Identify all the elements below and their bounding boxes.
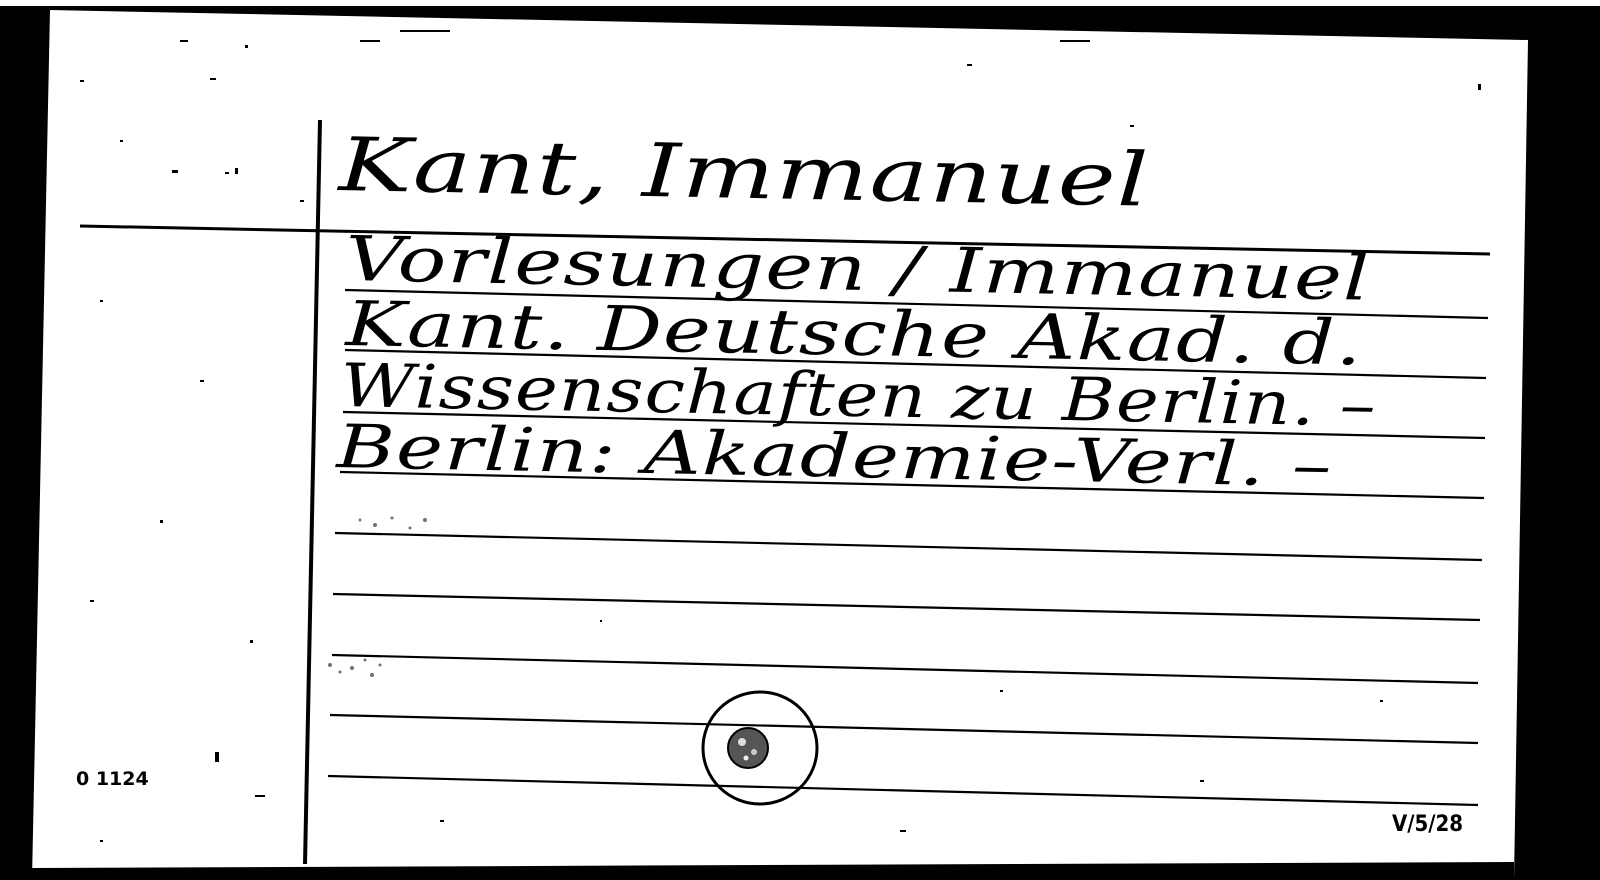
form-code: V/5/28 xyxy=(1392,812,1463,837)
card-heading: Kant, Immanuel xyxy=(338,122,1150,224)
catalog-card: Kant, Immanuel Vorlesungen / Immanuel Ka… xyxy=(0,0,1600,880)
card-number: 0 1124 xyxy=(76,768,149,790)
